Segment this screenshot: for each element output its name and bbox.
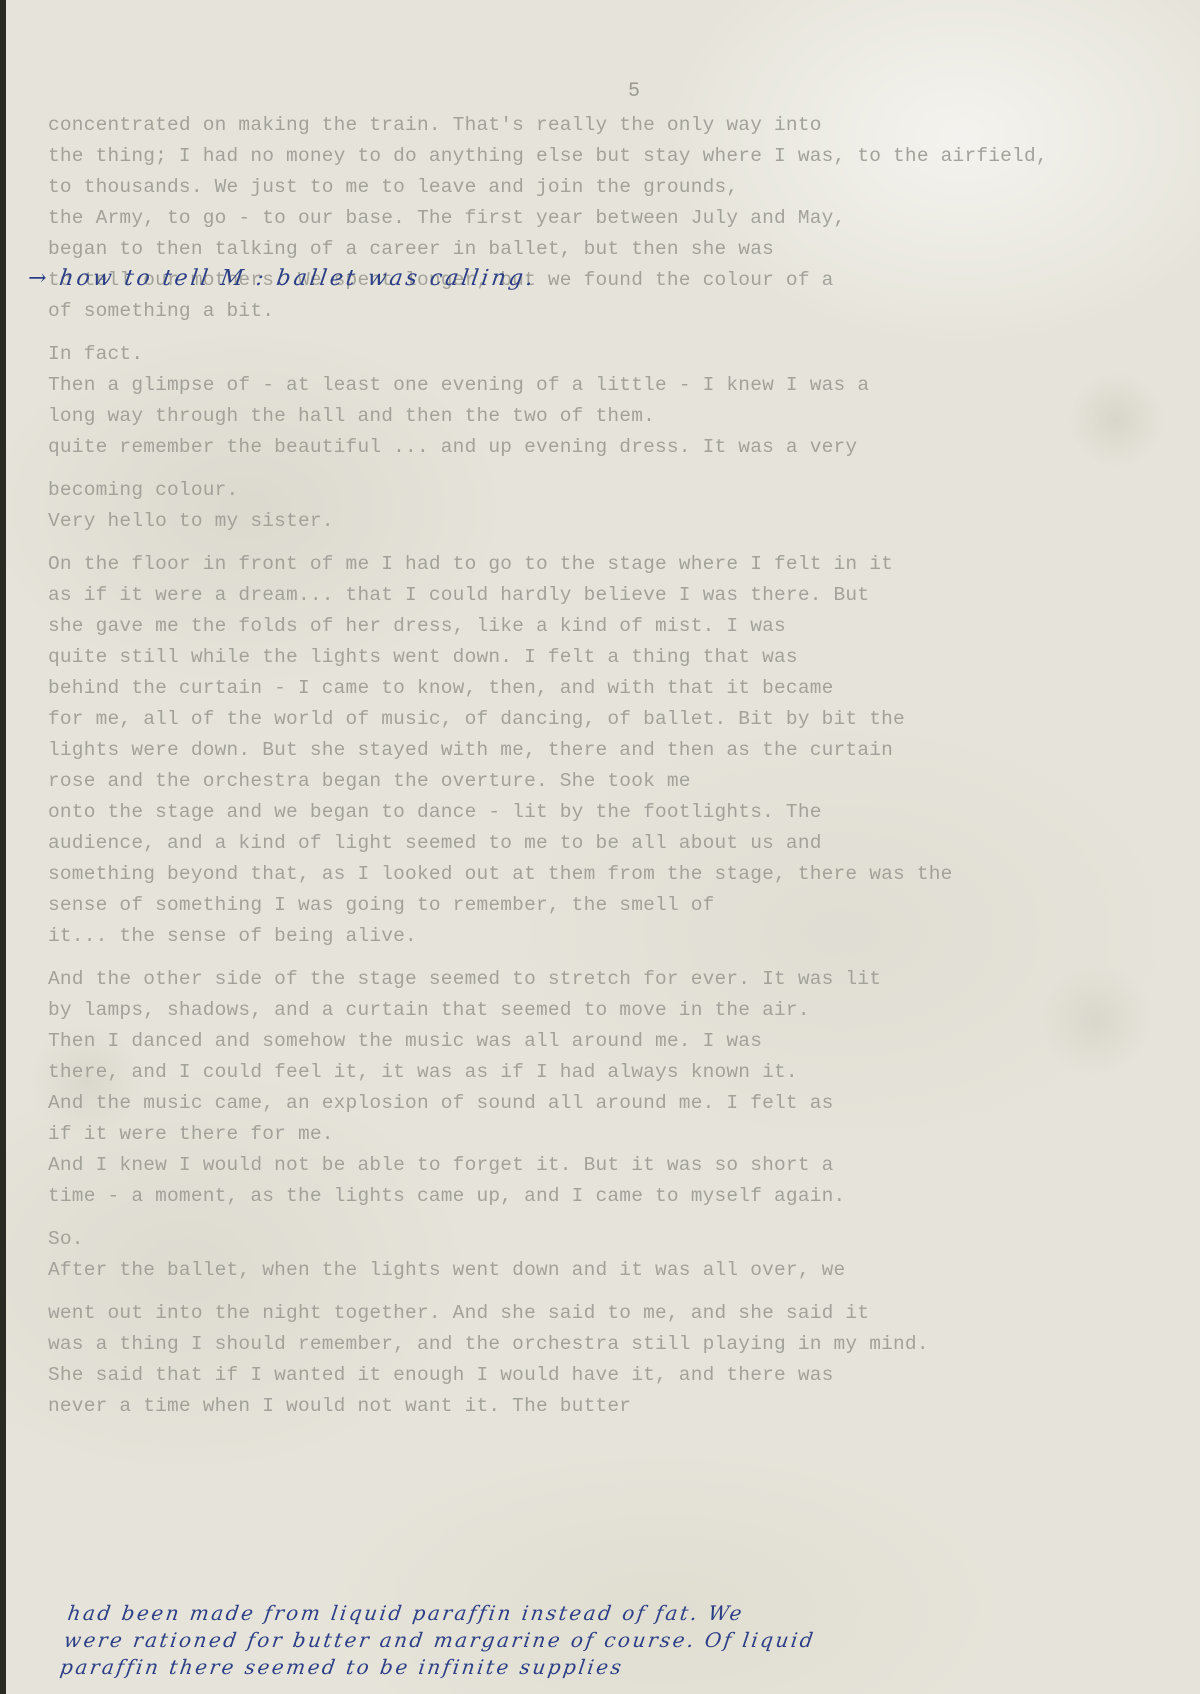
typed-line: audience, and a kind of light seemed to … (48, 828, 1168, 859)
handwritten-note-bottom: had been made from liquid paraffin inste… (58, 1600, 821, 1681)
typed-line: She said that if I wanted it enough I wo… (48, 1360, 1168, 1391)
typed-line: quite remember the beautiful ... and up … (48, 432, 1168, 463)
typed-line: So. (48, 1224, 1168, 1255)
typed-line: And the music came, an explosion of soun… (48, 1088, 1168, 1119)
typed-line: Very hello to my sister. (48, 506, 1168, 537)
typed-line: there, and I could feel it, it was as if… (48, 1057, 1168, 1088)
typed-line: she gave me the folds of her dress, like… (48, 611, 1168, 642)
typed-line: concentrated on making the train. That's… (48, 110, 1168, 141)
typed-line: began to then talking of a career in bal… (48, 234, 1168, 265)
handwritten-note-top: → how to tell M : ballet was calling. (26, 266, 537, 291)
typed-line: of something a bit. (48, 296, 1168, 327)
typed-line: Then I danced and somehow the music was … (48, 1026, 1168, 1057)
typed-line: never a time when I would not want it. T… (48, 1391, 1168, 1422)
page-number: 5 (628, 80, 640, 103)
typed-line: Then a glimpse of - at least one evening… (48, 370, 1168, 401)
typed-line: onto the stage and we began to dance - l… (48, 797, 1168, 828)
typed-line: behind the curtain - I came to know, the… (48, 673, 1168, 704)
typed-line: went out into the night together. And sh… (48, 1298, 1168, 1329)
typed-line: if it were there for me. (48, 1119, 1168, 1150)
paragraph-gap (48, 463, 1168, 475)
document-page: 5 concentrated on making the train. That… (6, 0, 1200, 1694)
typed-line: lights were down. But she stayed with me… (48, 735, 1168, 766)
typed-body: concentrated on making the train. That's… (48, 110, 1168, 1422)
typed-line: the thing; I had no money to do anything… (48, 141, 1168, 172)
handwritten-line: paraffin there seemed to be infinite sup… (58, 1654, 813, 1681)
typed-line: was a thing I should remember, and the o… (48, 1329, 1168, 1360)
paragraph-gap (48, 537, 1168, 549)
typed-line: becoming colour. (48, 475, 1168, 506)
typed-line: In fact. (48, 339, 1168, 370)
paragraph-gap (48, 1212, 1168, 1224)
typed-line: as if it were a dream... that I could ha… (48, 580, 1168, 611)
handwritten-line: had been made from liquid paraffin inste… (66, 1600, 821, 1627)
typed-line: rose and the orchestra began the overtur… (48, 766, 1168, 797)
typed-line: it... the sense of being alive. (48, 921, 1168, 952)
handwritten-line: were rationed for butter and margarine o… (62, 1627, 817, 1654)
typed-line: sense of something I was going to rememb… (48, 890, 1168, 921)
paragraph-gap (48, 952, 1168, 964)
typed-line: to thousands. We just to me to leave and… (48, 172, 1168, 203)
typed-line: time - a moment, as the lights came up, … (48, 1181, 1168, 1212)
typed-line: After the ballet, when the lights went d… (48, 1255, 1168, 1286)
typed-line: long way through the hall and then the t… (48, 401, 1168, 432)
typed-line: quite still while the lights went down. … (48, 642, 1168, 673)
paragraph-gap (48, 1286, 1168, 1298)
typed-line: something beyond that, as I looked out a… (48, 859, 1168, 890)
typed-line: And the other side of the stage seemed t… (48, 964, 1168, 995)
typed-line: the Army, to go - to our base. The first… (48, 203, 1168, 234)
typed-line: And I knew I would not be able to forget… (48, 1150, 1168, 1181)
typed-line: On the floor in front of me I had to go … (48, 549, 1168, 580)
typed-line: by lamps, shadows, and a curtain that se… (48, 995, 1168, 1026)
typed-line: for me, all of the world of music, of da… (48, 704, 1168, 735)
paragraph-gap (48, 327, 1168, 339)
